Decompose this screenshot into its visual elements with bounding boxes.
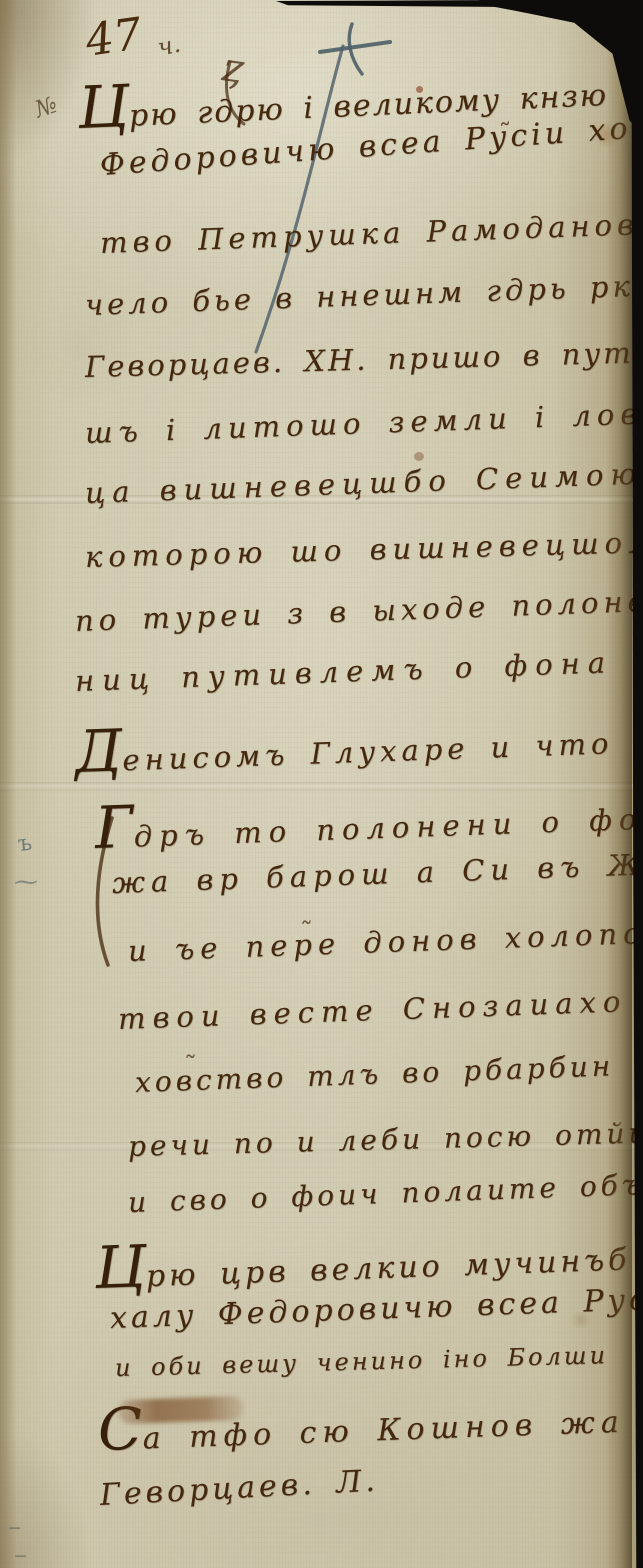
manuscript-text-line: и оби вешу ченино іно Болши [115, 1343, 609, 1381]
manuscript-text-line: тво Петрушка Рамодановшо [99, 207, 643, 258]
margin-mark: ъ [17, 831, 34, 857]
manuscript-text-line: речи по и леби посю отйич [128, 1118, 643, 1162]
manuscript-text-line: жа вр барош а Си въ Жи [111, 848, 643, 898]
manuscript-text-line: ховство тлъ во рбарбин же [134, 1049, 643, 1098]
manuscript-text-line: Геворцаев. ХН. пришо в путре [85, 337, 643, 383]
scanner-edge-strip [276, 0, 516, 7]
number-mark: № [32, 92, 61, 123]
folio-number: 47 [82, 8, 145, 66]
check-mark: ч. [155, 30, 183, 62]
margin-dash: – [14, 1540, 27, 1568]
manuscript-text-line: ниц путивлемъ о фона [74, 647, 613, 696]
manuscript-text-line: которою шо вишневецшоя [85, 527, 643, 572]
manuscript-text-line: Денисомъ Глухаре и что [74, 703, 614, 783]
manuscript-scan: 47 ч. ȥ № ъ ⁓ – – ˜ ˜ ˜ Црю гдрю і велик… [0, 0, 643, 1568]
manuscript-text-line: и ъе пере донов холопо [127, 918, 643, 967]
stain-spot [414, 452, 424, 461]
manuscript-text-line: и сво о фоич полаите объ [127, 1170, 643, 1217]
manuscript-text-line: по туреи з в ыходе полоне [74, 586, 643, 636]
manuscript-text-line: Гдръ то полонени о фо [94, 779, 643, 859]
manuscript-text-line: Геворцаев. Л. [99, 1465, 379, 1511]
manuscript-text-line: шъ і литошо земли і лова [84, 398, 643, 449]
margin-tilde-mark: ⁓ [14, 868, 38, 896]
margin-dash: – [8, 1512, 21, 1542]
manuscript-text-line: ца вишневецшбо Сеимою [84, 459, 643, 509]
manuscript-text-line: Са тфо сю Кошнов жа мъ [97, 1379, 643, 1461]
manuscript-text-line: чело бье в ннешнм гдрь ркв [84, 270, 643, 320]
manuscript-text-line: твои весте Снозаиахо [117, 986, 627, 1034]
collation-cross-icon [320, 42, 390, 52]
page-edge-shadow-left [0, 0, 16, 1568]
